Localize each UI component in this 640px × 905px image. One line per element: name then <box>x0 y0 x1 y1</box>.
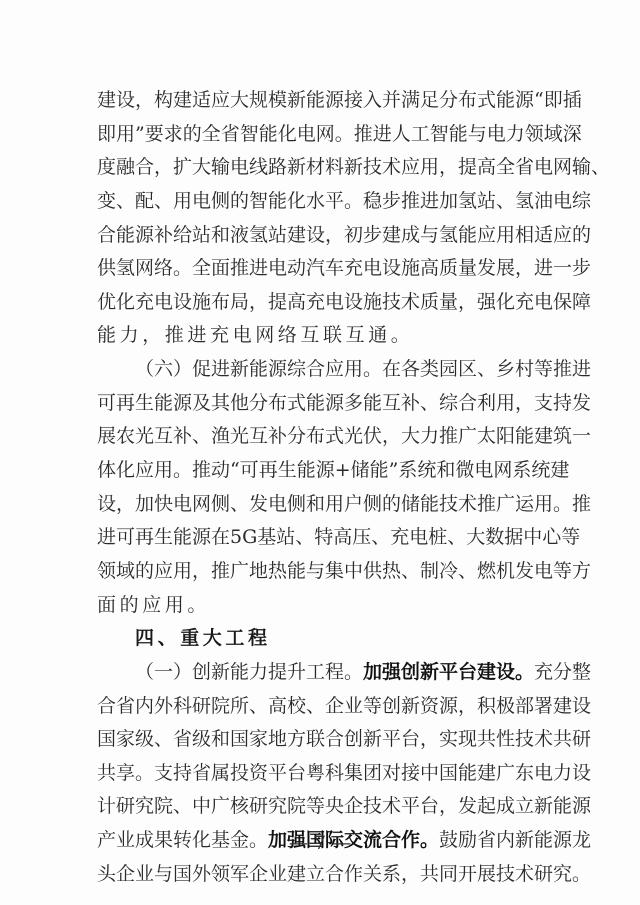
paragraph-line: 设，加快电网侧、发电侧和用户侧的储能技术推广运用。推 <box>97 488 545 522</box>
paragraph-line: 进可再生能源在5G基站、特高压、充电桩、大数据中心等 <box>97 521 545 555</box>
paragraph-line: 面的应用。 <box>97 589 545 623</box>
body-text: 建设，构建适应大规模新能源接入并满足分布式能源“即插 即用”要求的全省智能化电网… <box>97 84 545 891</box>
paragraph-line: 度融合，扩大输电线路新材料新技术应用，提高全省电网输、 <box>97 151 545 185</box>
paragraph-line: 共享。支持省属投资平台粤科集团对接中国能建广东电力设 <box>97 757 545 791</box>
paragraph-line: 领域的应用，推广地热能与集中供热、制冷、燃机发电等方 <box>97 555 545 589</box>
document-page: 建设，构建适应大规模新能源接入并满足分布式能源“即插 即用”要求的全省智能化电网… <box>0 0 640 905</box>
paragraph-line: 优化充电设施布局，提高充电设施技术质量，强化充电保障 <box>97 286 545 320</box>
paragraph-line: （一）创新能力提升工程。加强创新平台建设。充分整 <box>97 656 545 690</box>
paragraph-line: 国家级、省级和国家地方联合创新平台，实现共性技术共研 <box>97 723 545 757</box>
bold-key-phrase: 加强创新平台建设。 <box>363 661 534 683</box>
paragraph-line: 合省内外科研院所、高校、企业等创新资源，积极部署建设 <box>97 690 545 724</box>
paragraph-line: 即用”要求的全省智能化电网。推进人工智能与电力领域深 <box>97 118 545 152</box>
paragraph-line: 供氢网络。全面推进电动汽车充电设施高质量发展，进一步 <box>97 252 545 286</box>
paragraph-line: 展农光互补、渔光互补分布式光伏，大力推广太阳能建筑一 <box>97 420 545 454</box>
paragraph-line: 建设，构建适应大规模新能源接入并满足分布式能源“即插 <box>97 84 545 118</box>
paragraph-line: 能力，推进充电网络互联互通。 <box>97 319 545 353</box>
paragraph-line: 可再生能源及其他分布式能源多能互补、综合利用，支持发 <box>97 387 545 421</box>
section-heading: 四、重大工程 <box>97 622 545 656</box>
paragraph-line: 变、配、用电侧的智能化水平。稳步推进加氢站、氢油电综 <box>97 185 545 219</box>
paragraph-line: 头企业与国外领军企业建立合作关系，共同开展技术研究。 <box>97 858 545 892</box>
paragraph-line: 计研究院、中广核研究院等央企技术平台，发起成立新能源 <box>97 790 545 824</box>
section-6-heading-line: （六）促进新能源综合应用。在各类园区、乡村等推进 <box>97 353 545 387</box>
paragraph-line: 体化应用。推动“可再生能源+储能”系统和微电网系统建 <box>97 454 545 488</box>
paragraph-line: 合能源补给站和液氢站建设，初步建成与氢能应用相适应的 <box>97 219 545 253</box>
subsection-title: （一）创新能力提升工程。 <box>135 661 363 683</box>
page-number: — 7 — <box>0 832 640 854</box>
line-text: 充分整 <box>534 661 591 683</box>
